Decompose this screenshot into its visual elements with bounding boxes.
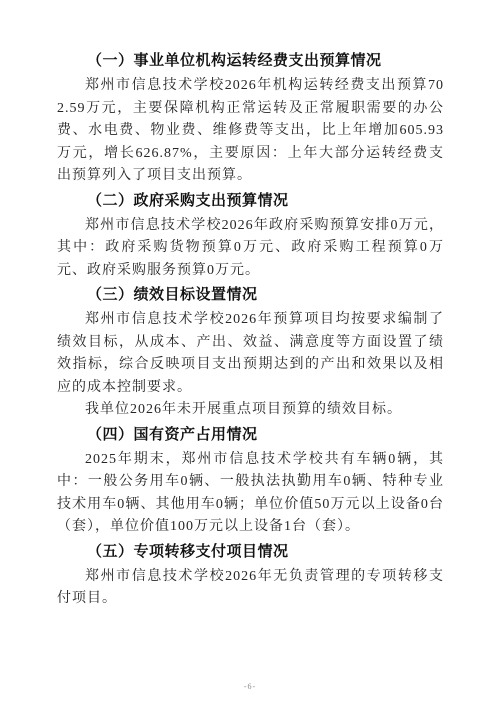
section-state-owned-assets: （四）国有资产占用情况 2025年期末，郑州市信息技术学校共有车辆0辆，其中：一… — [57, 424, 444, 539]
section-paragraph: 郑州市信息技术学校2026年政府采购预算安排0万元，其中：政府采购货物预算0万元… — [57, 215, 444, 283]
section-heading: （二）政府采购支出预算情况 — [57, 190, 444, 213]
section-performance-targets: （三）绩效目标设置情况 郑州市信息技术学校2026年预算项目均按要求编制了绩效目… — [57, 284, 444, 422]
section-special-transfer-payments: （五）专项转移支付项目情况 郑州市信息技术学校2026年无负责管理的专项转移支付… — [57, 541, 444, 611]
section-operating-expenses: （一）事业单位机构运转经费支出预算情况 郑州市信息技术学校2026年机构运转经费… — [57, 50, 444, 188]
section-paragraph: 郑州市信息技术学校2026年预算项目均按要求编制了绩效目标，从成本、产出、效益、… — [57, 309, 444, 399]
section-heading: （三）绩效目标设置情况 — [57, 284, 444, 307]
section-paragraph: 郑州市信息技术学校2026年机构运转经费支出预算702.59万元，主要保障机构正… — [57, 75, 444, 188]
section-paragraph: 郑州市信息技术学校2026年无负责管理的专项转移支付项目。 — [57, 566, 444, 611]
document-body: （一）事业单位机构运转经费支出预算情况 郑州市信息技术学校2026年机构运转经费… — [57, 48, 444, 611]
section-government-procurement: （二）政府采购支出预算情况 郑州市信息技术学校2026年政府采购预算安排0万元，… — [57, 190, 444, 283]
section-heading: （五）专项转移支付项目情况 — [57, 541, 444, 564]
section-paragraph: 我单位2026年未开展重点项目预算的绩效目标。 — [57, 399, 444, 422]
document-page: （一）事业单位机构运转经费支出预算情况 郑州市信息技术学校2026年机构运转经费… — [0, 0, 500, 708]
section-heading: （四）国有资产占用情况 — [57, 424, 444, 447]
section-heading: （一）事业单位机构运转经费支出预算情况 — [57, 50, 444, 73]
page-number: -6- — [0, 682, 500, 691]
section-paragraph: 2025年期末，郑州市信息技术学校共有车辆0辆，其中：一般公务用车0辆、一般执法… — [57, 449, 444, 539]
